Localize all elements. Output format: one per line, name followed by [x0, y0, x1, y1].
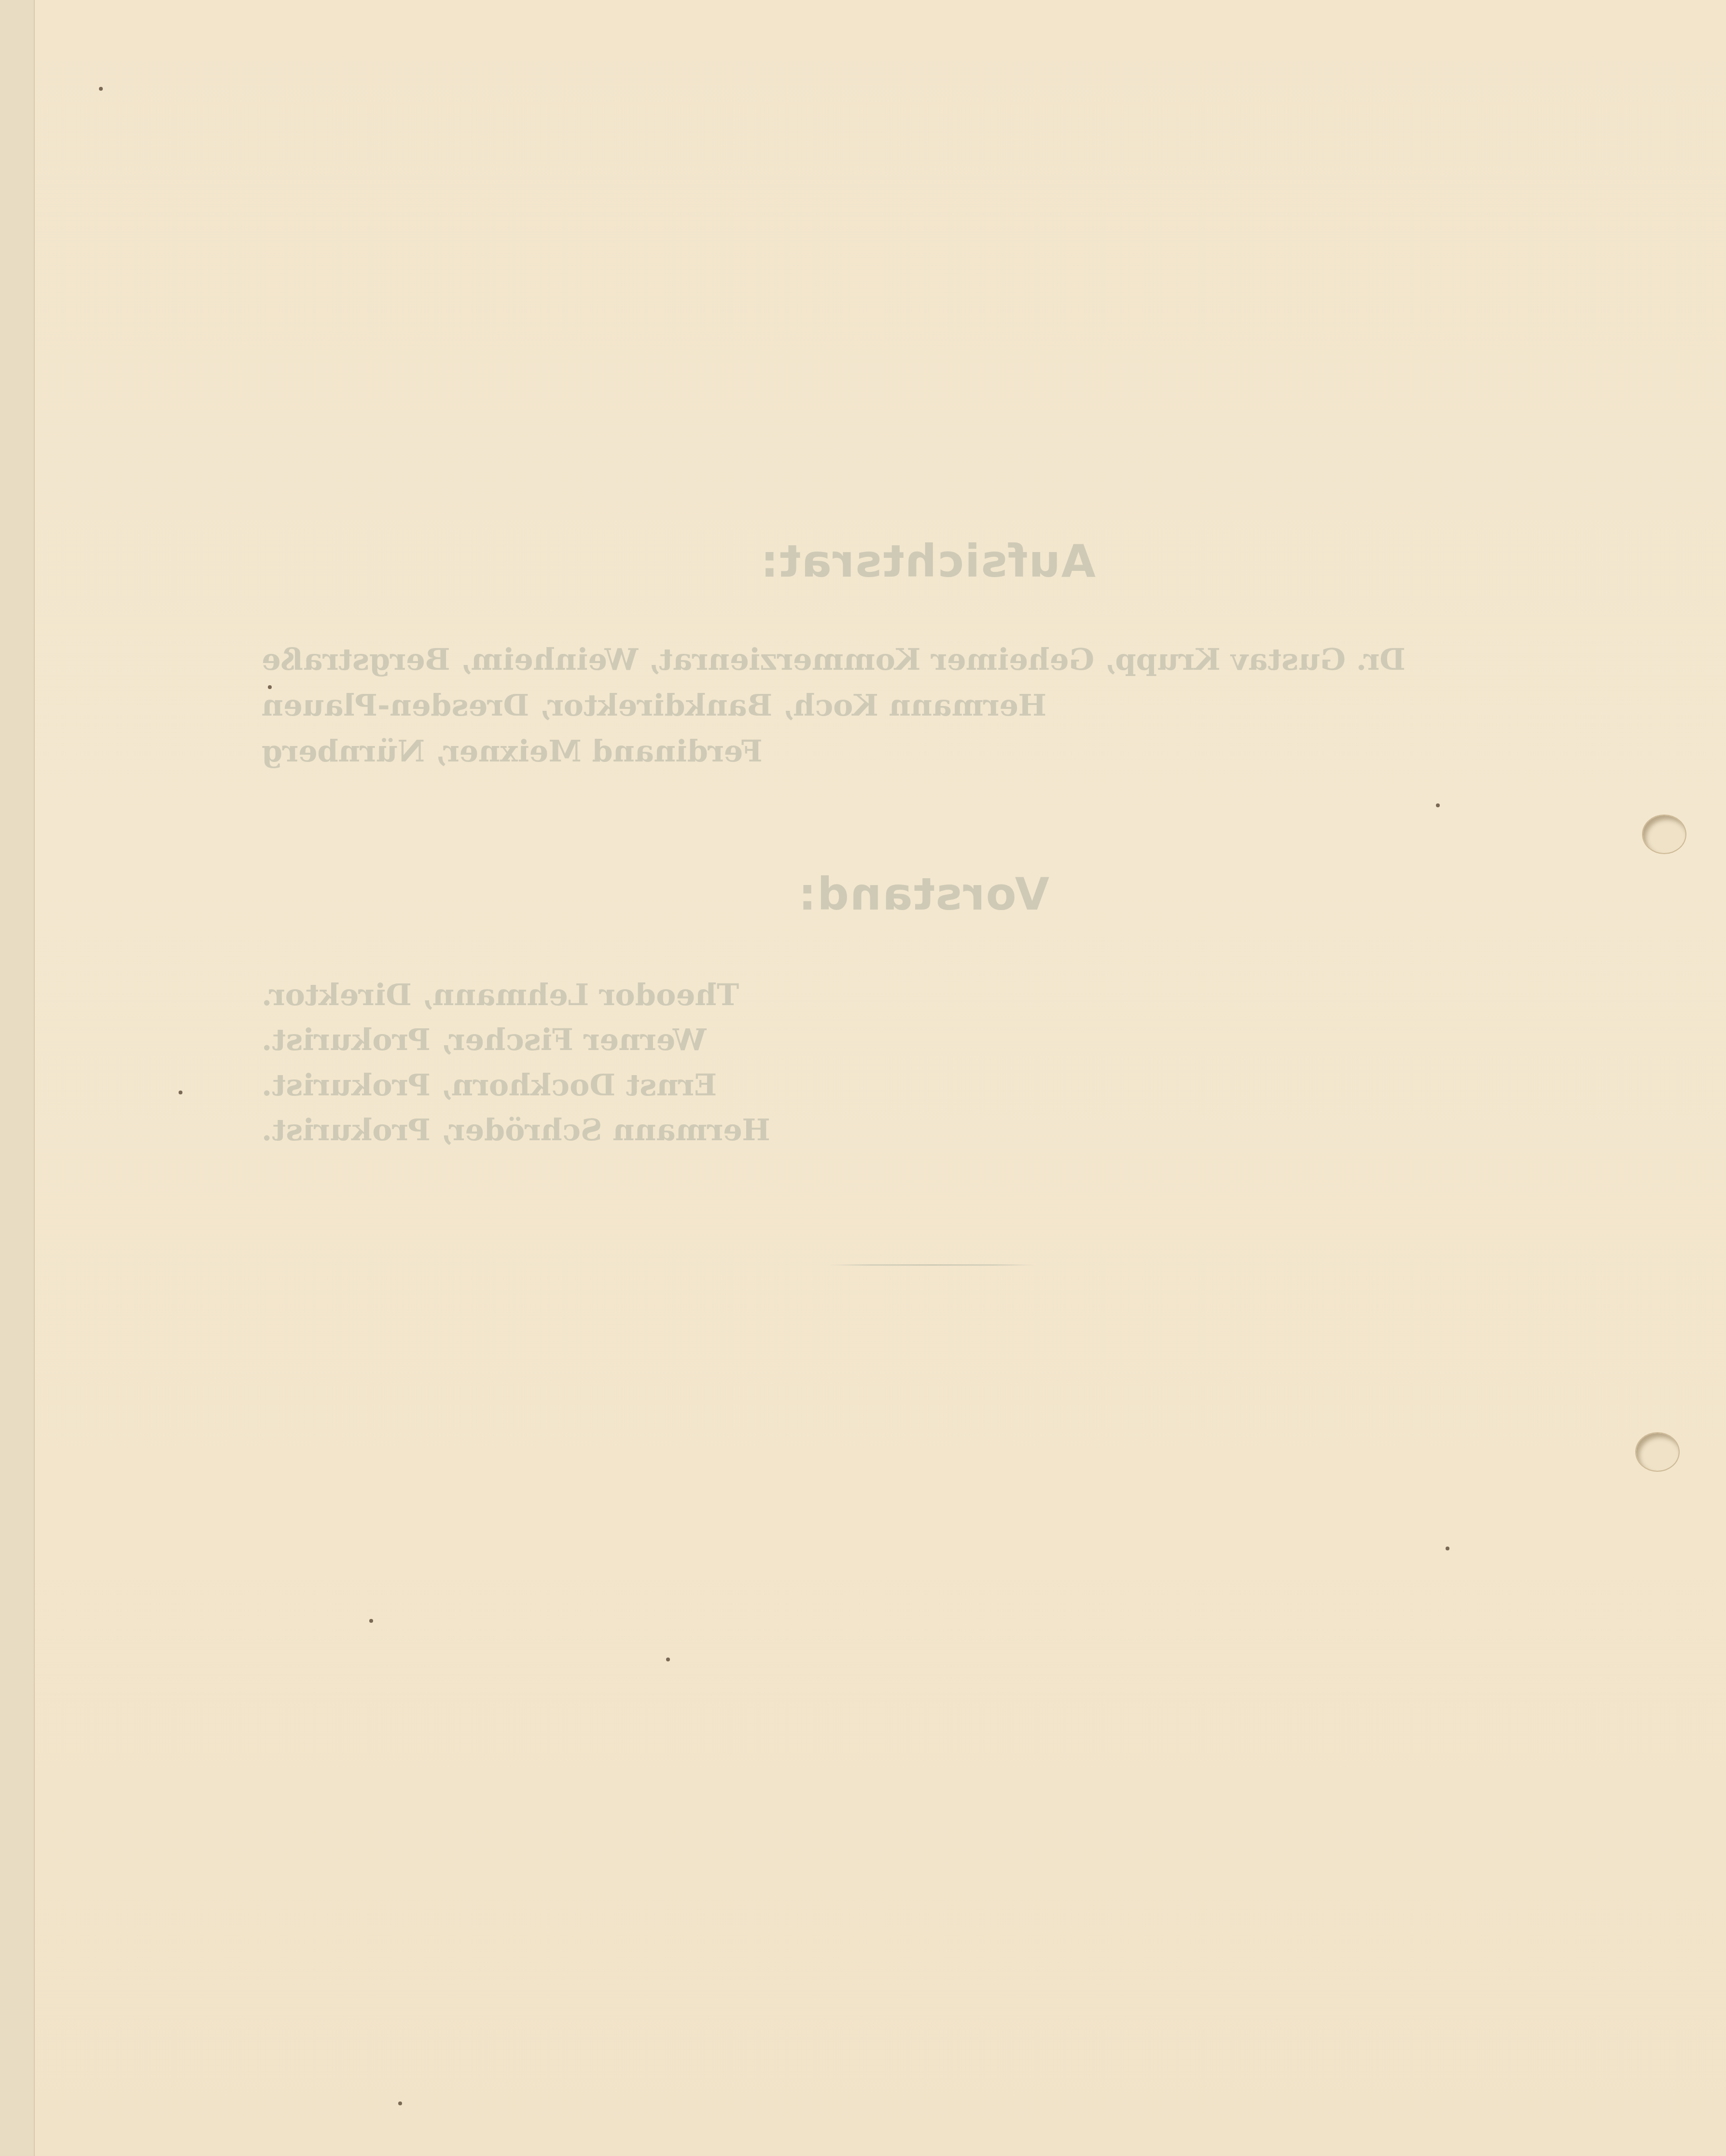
heading-aufsichtsrat: Aufsichtsrat:	[760, 536, 1096, 587]
paper-speck	[179, 1091, 182, 1094]
paper-speck	[398, 2101, 402, 2105]
ornamental-divider	[828, 1264, 1036, 1266]
paper-speck	[1446, 1547, 1449, 1550]
vorstand-member-line: Werner Fischer, Prokurist.	[262, 1022, 707, 1057]
paper-speck	[99, 87, 103, 91]
punch-hole-icon	[1642, 815, 1686, 854]
vorstand-member-line: Ernst Dockhorn, Prokurist.	[262, 1067, 717, 1103]
aufsichtsrat-member-line: Hermann Koch, Bankdirektor, Dresden-Plau…	[262, 688, 1046, 723]
punch-hole-icon	[1635, 1432, 1680, 1472]
paper-speck	[1436, 803, 1440, 807]
heading-vorstand: Vorstand:	[797, 869, 1049, 920]
aufsichtsrat-member-line: Dr. Gustav Krupp, Geheimer Kommerzienrat…	[262, 642, 1406, 677]
vorstand-member-line: Hermann Schröder, Prokurist.	[262, 1112, 770, 1147]
paper-speck	[666, 1658, 670, 1661]
aufsichtsrat-member-line: Ferdinand Meixner, Nürnberg	[262, 733, 763, 769]
mirrored-show-through-text: Aufsichtsrat: Dr. Gustav Krupp, Geheimer…	[0, 0, 1726, 2156]
vorstand-member-line: Theodor Lehmann, Direktor.	[262, 977, 739, 1012]
paper-speck	[268, 685, 272, 689]
paper-speck	[369, 1619, 373, 1623]
